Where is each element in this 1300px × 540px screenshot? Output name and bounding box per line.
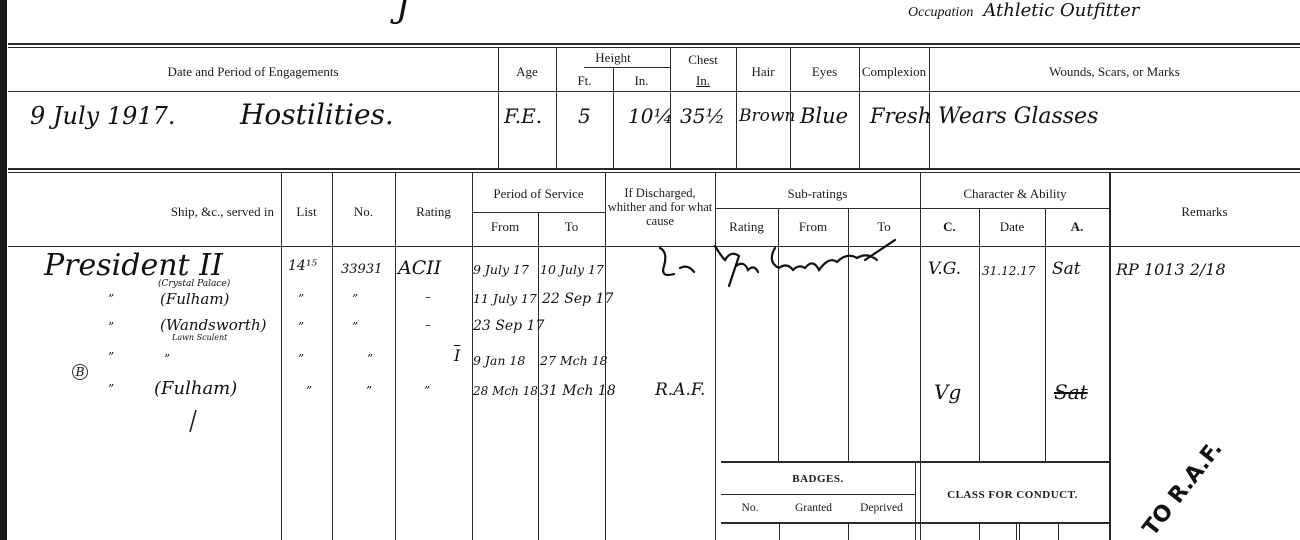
wounds-value: Wears Glasses [938, 104, 1098, 129]
rating-value: – [425, 318, 431, 332]
occupation-label: Occupation [908, 5, 973, 20]
partial-signature-stroke: J [396, 0, 410, 26]
header-ship: Ship, &c., served in [120, 204, 280, 219]
no-value: 33931 [341, 262, 382, 277]
header-sub-to: To [848, 219, 920, 234]
header-char-date: Date [979, 219, 1045, 234]
header-sub-from: From [778, 219, 848, 234]
badges-deprived: Deprived [848, 501, 915, 516]
rule [979, 522, 980, 540]
ship-note: (Fulham) [160, 290, 229, 308]
badges-title: BADGES. [721, 472, 915, 487]
eyes-value: Blue [800, 104, 848, 128]
ship-name: ” [108, 350, 114, 364]
header-height-in: In. [613, 73, 670, 88]
ship-note: ” [164, 352, 170, 366]
rule [556, 47, 557, 168]
list-value: 14¹⁵ [288, 258, 317, 274]
period-from-value: 11 July 17 [473, 291, 537, 306]
rule [779, 522, 780, 540]
conduct-title: CLASS FOR CONDUCT. [915, 488, 1110, 503]
no-value: ” [352, 320, 358, 334]
header-wounds: Wounds, Scars, or Marks [929, 64, 1300, 79]
engagement-period: Hostilities. [240, 98, 394, 131]
height-ft-value: 5 [578, 104, 591, 128]
header-chest: Chest [670, 52, 736, 67]
occupation-value: Athletic Outfitter [983, 0, 1139, 21]
rule [1109, 172, 1111, 540]
header-no: No. [332, 204, 395, 219]
height-in-value: 10¼ [628, 104, 673, 128]
rule [1019, 522, 1020, 540]
char-c-value: V.G. [928, 259, 961, 279]
rule [395, 172, 396, 540]
rule [848, 522, 849, 540]
period-to-value: 27 Mch 18 [540, 353, 608, 368]
header-hair: Hair [736, 64, 790, 79]
period-to-value: 10 July 17 [540, 262, 604, 277]
char-c-value: Vg [934, 380, 961, 404]
header-list: List [281, 204, 332, 219]
rule [332, 172, 333, 540]
ship-name: ” [108, 292, 114, 306]
rule [721, 494, 915, 495]
header-period-to: To [538, 219, 605, 234]
scribble-mark [640, 238, 930, 288]
ship-name: President II [44, 248, 223, 283]
period-to-value: 31 Mch 18 [540, 383, 616, 399]
discharged-value: R.A.F. [655, 380, 705, 400]
ship-note: (Crystal Palace) [158, 279, 230, 289]
list-value: ” [298, 292, 304, 306]
no-value: ” [367, 352, 373, 366]
list-value: ” [298, 320, 304, 334]
char-a-value: Sat [1054, 380, 1088, 404]
char-date-value: 31.12.17 [982, 264, 1035, 278]
rating-value: ” [424, 384, 430, 398]
header-character-ability: Character & Ability [920, 186, 1110, 201]
rule [8, 43, 1300, 45]
header-age: Age [498, 64, 556, 79]
ship-name: ” [108, 382, 114, 396]
badges-no: No. [721, 501, 779, 516]
ship-note: (Fulham) [154, 378, 237, 399]
rule [1016, 522, 1017, 540]
header-complexion: Complexion [859, 64, 929, 79]
rating-value: – [425, 290, 431, 304]
period-from-value: 9 July 17 [473, 262, 529, 277]
header-discharged: If Discharged, whither and for what caus… [605, 186, 715, 228]
rating-value: ACII [398, 257, 441, 279]
ship-subnote: Lawn Sculent [172, 333, 227, 342]
char-a-value: Sat [1052, 259, 1081, 279]
header-height: Height [556, 50, 670, 65]
no-value: ” [352, 292, 358, 306]
rule [584, 67, 670, 68]
list-value: ” [306, 384, 312, 398]
engagement-date: 9 July 1917. [30, 102, 176, 130]
header-remarks: Remarks [1109, 204, 1300, 219]
age-value: F.E. [504, 104, 542, 128]
ship-name: ” [108, 320, 114, 334]
chest-in-value: 35½ [680, 104, 725, 128]
header-char-c: C. [920, 219, 979, 234]
rule [8, 47, 1300, 48]
rule [715, 208, 1110, 209]
header-rating: Rating [395, 204, 472, 219]
left-binding-edge [0, 0, 7, 540]
rule [979, 208, 980, 461]
badges-granted: Granted [779, 501, 848, 516]
header-char-a: A. [1045, 219, 1109, 234]
header-period-from: From [472, 219, 538, 234]
rule [8, 168, 1300, 170]
rating-value: I [454, 346, 460, 365]
complexion-value: Fresh [870, 104, 931, 128]
rule [1058, 522, 1059, 540]
hair-value: Brown [739, 106, 795, 126]
period-from-value: 28 Mch 18 [473, 384, 538, 398]
occupation-field: Occupation Athletic Outfitter [908, 0, 1139, 21]
header-sub-rating: Rating [715, 219, 778, 234]
header-chest-in: In. [670, 73, 736, 88]
margin-mark: B [72, 364, 88, 380]
period-to-value: 22 Sep 17 [542, 291, 613, 307]
ship-note: (Wandsworth) [160, 316, 266, 334]
rule [1045, 208, 1046, 461]
header-period-of-service: Period of Service [472, 186, 605, 201]
header-sub-ratings: Sub-ratings [715, 186, 920, 201]
no-value: ” [366, 384, 372, 398]
rule [8, 172, 1300, 173]
header-eyes: Eyes [790, 64, 859, 79]
pen-stroke [186, 408, 200, 434]
raf-transfer-stamp: TO R.A.F. [1138, 437, 1227, 540]
rule [538, 212, 539, 540]
period-from-value: 9 Jan 18 [473, 353, 525, 368]
remarks-value: RP 1013 2/18 [1116, 260, 1226, 279]
rule [281, 172, 282, 540]
period-from-value: 23 Sep 17 [473, 318, 544, 334]
header-height-ft: Ft. [556, 73, 613, 88]
list-value: ” [298, 352, 304, 366]
header-date-period: Date and Period of Engagements [8, 64, 498, 79]
rule [8, 91, 1300, 92]
